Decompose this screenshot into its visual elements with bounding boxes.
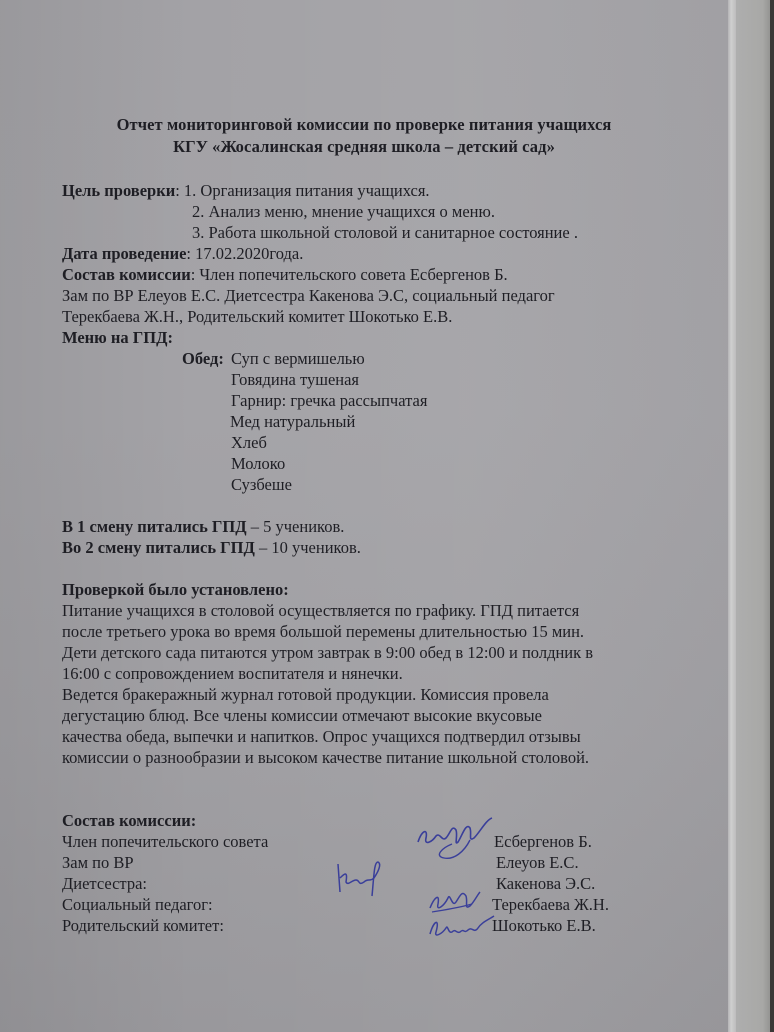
- purpose-item-2: 2. Анализ меню, мнение учащихся о меню.: [192, 201, 495, 222]
- document-title-line1: Отчет мониторинговой комиссии по проверк…: [0, 114, 728, 135]
- signatures-heading: Состав комиссии:: [62, 810, 196, 831]
- signature-role: Родительский комитет:: [62, 915, 224, 936]
- commission-row: Состав комиссии: Член попечительского со…: [62, 264, 508, 285]
- handwritten-signature-2: [334, 856, 388, 900]
- signature-name: Шокотько Е.В.: [492, 915, 596, 936]
- menu-item: Хлеб: [231, 432, 267, 453]
- purpose-row: Цель проверки: 1. Организация питания уч…: [62, 180, 430, 201]
- signature-role: Социальный педагог:: [62, 894, 213, 915]
- menu-item: Гарнир: гречка рассыпчатая: [231, 390, 427, 411]
- menu-item: Сузбеше: [231, 474, 292, 495]
- date-row: Дата проведение: 17.02.2020года.: [62, 243, 303, 264]
- findings-line: комиссии о разнообразии и высоком качест…: [62, 747, 589, 768]
- date-value: : 17.02.2020года.: [186, 244, 303, 263]
- findings-heading: Проверкой было установлено:: [62, 579, 289, 600]
- shift-label: Во 2 смену питались ГПД: [62, 538, 255, 557]
- shift-row-1: В 1 смену питались ГПД – 5 учеников.: [62, 516, 344, 537]
- findings-line: Ведется бракеражный журнал готовой проду…: [62, 684, 549, 705]
- menu-label: Меню на ГПД: [62, 328, 168, 347]
- signature-role: Диетсестра:: [62, 873, 147, 894]
- document-title-line2: КГУ «Жосалинская средняя школа – детский…: [0, 136, 728, 157]
- menu-heading: Меню на ГПД:: [62, 327, 173, 348]
- menu-item: Суп с вермишелью: [231, 348, 365, 369]
- menu-item: Молоко: [231, 453, 285, 474]
- purpose-label: Цель проверки: [62, 181, 175, 200]
- commission-line-3: Терекбаева Ж.Н., Родительский комитет Шо…: [62, 306, 452, 327]
- document-page: Отчет мониторинговой комиссии по проверк…: [0, 0, 728, 1032]
- signature-role: Зам по ВР: [62, 852, 134, 873]
- frame-edge: [770, 0, 774, 1032]
- purpose-item-3: 3. Работа школьной столовой и санитарное…: [192, 222, 578, 243]
- shift-value: – 5 учеников.: [247, 517, 345, 536]
- shift-value: – 10 учеников.: [255, 538, 361, 557]
- findings-line: дегустацию блюд. Все члены комиссии отме…: [62, 705, 542, 726]
- signature-role: Член попечительского совета: [62, 831, 268, 852]
- findings-line: 16:00 с сопровождением воспитателя и нян…: [62, 663, 403, 684]
- date-label: Дата проведение: [62, 244, 186, 263]
- signature-name: Терекбаева Ж.Н.: [492, 894, 609, 915]
- meal-label: Обед:: [182, 348, 224, 369]
- menu-item: Мед натуральный: [230, 411, 355, 432]
- commission-line-2: Зам по ВР Елеуов Е.С. Диетсестра Какенов…: [62, 285, 555, 306]
- commission-line-1: : Член попечительского совета Есбергенов…: [191, 265, 508, 284]
- handwritten-signature-4: [426, 912, 496, 942]
- menu-item: Говядина тушеная: [231, 369, 359, 390]
- handwritten-signature-1: [412, 812, 512, 864]
- findings-line: после третьего урока во время большой пе…: [62, 621, 584, 642]
- findings-line: качества обеда, выпечки и напитков. Опро…: [62, 726, 581, 747]
- page-edge: [728, 0, 736, 1032]
- background-surface: [736, 0, 774, 1032]
- menu-label-suffix: :: [168, 328, 174, 347]
- findings-line: Дети детского сада питаются утром завтра…: [62, 642, 593, 663]
- commission-label: Состав комиссии: [62, 265, 191, 284]
- shift-row-2: Во 2 смену питались ГПД – 10 учеников.: [62, 537, 361, 558]
- findings-line: Питание учащихся в столовой осуществляет…: [62, 600, 579, 621]
- purpose-item-1: : 1. Организация питания учащихся.: [175, 181, 429, 200]
- signature-name: Какенова Э.С.: [496, 873, 595, 894]
- shift-label: В 1 смену питались ГПД: [62, 517, 247, 536]
